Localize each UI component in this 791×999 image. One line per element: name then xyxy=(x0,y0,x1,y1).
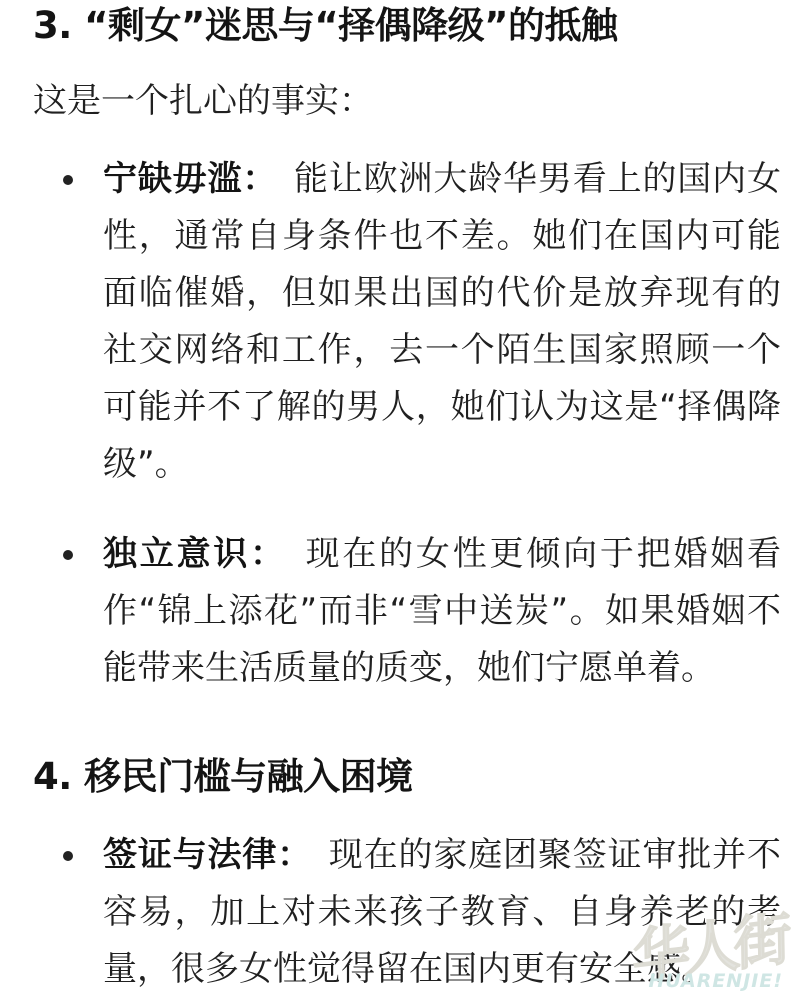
bullet-lead: 签证与法律： xyxy=(103,835,312,875)
bullet-dot-icon xyxy=(63,550,73,560)
list-item-duliyishi: 独立意识： 现在的女性更倾向于把婚姻看作“锦上添花”而非“雪中送炭”。如果婚姻不… xyxy=(103,526,781,697)
bullet-lead: 宁缺毋滥： xyxy=(103,159,277,199)
list-item-ningquewulan: 宁缺毋滥： 能让欧洲大龄华男看上的国内女性，通常自身条件也不差。她们在国内可能面… xyxy=(103,151,781,493)
article-content: 3. “剩女”迷思与“择偶降级”的抵触 这是一个扎心的事实： 宁缺毋滥： 能让欧… xyxy=(0,0,791,998)
bullet-text: 能让欧洲大龄华男看上的国内女性，通常自身条件也不差。她们在国内可能面临催婚，但如… xyxy=(103,159,781,484)
list-item-qianzheng: 签证与法律： 现在的家庭团聚签证审批并不容易，加上对未来孩子教育、自身养老的考量… xyxy=(103,827,781,998)
bullet-dot-icon xyxy=(63,851,73,861)
bullet-list-section3: 宁缺毋滥： 能让欧洲大龄华男看上的国内女性，通常自身条件也不差。她们在国内可能面… xyxy=(33,151,781,697)
section-heading-4: 4. 移民门槛与融入困境 xyxy=(33,753,781,801)
bullet-list-section4: 签证与法律： 现在的家庭团聚签证审批并不容易，加上对未来孩子教育、自身养老的考量… xyxy=(33,827,781,998)
section-heading-3: 3. “剩女”迷思与“择偶降级”的抵触 xyxy=(33,2,781,50)
bullet-dot-icon xyxy=(63,175,73,185)
bullet-lead: 独立意识： xyxy=(103,534,287,574)
intro-paragraph: 这是一个扎心的事实： xyxy=(33,73,781,130)
